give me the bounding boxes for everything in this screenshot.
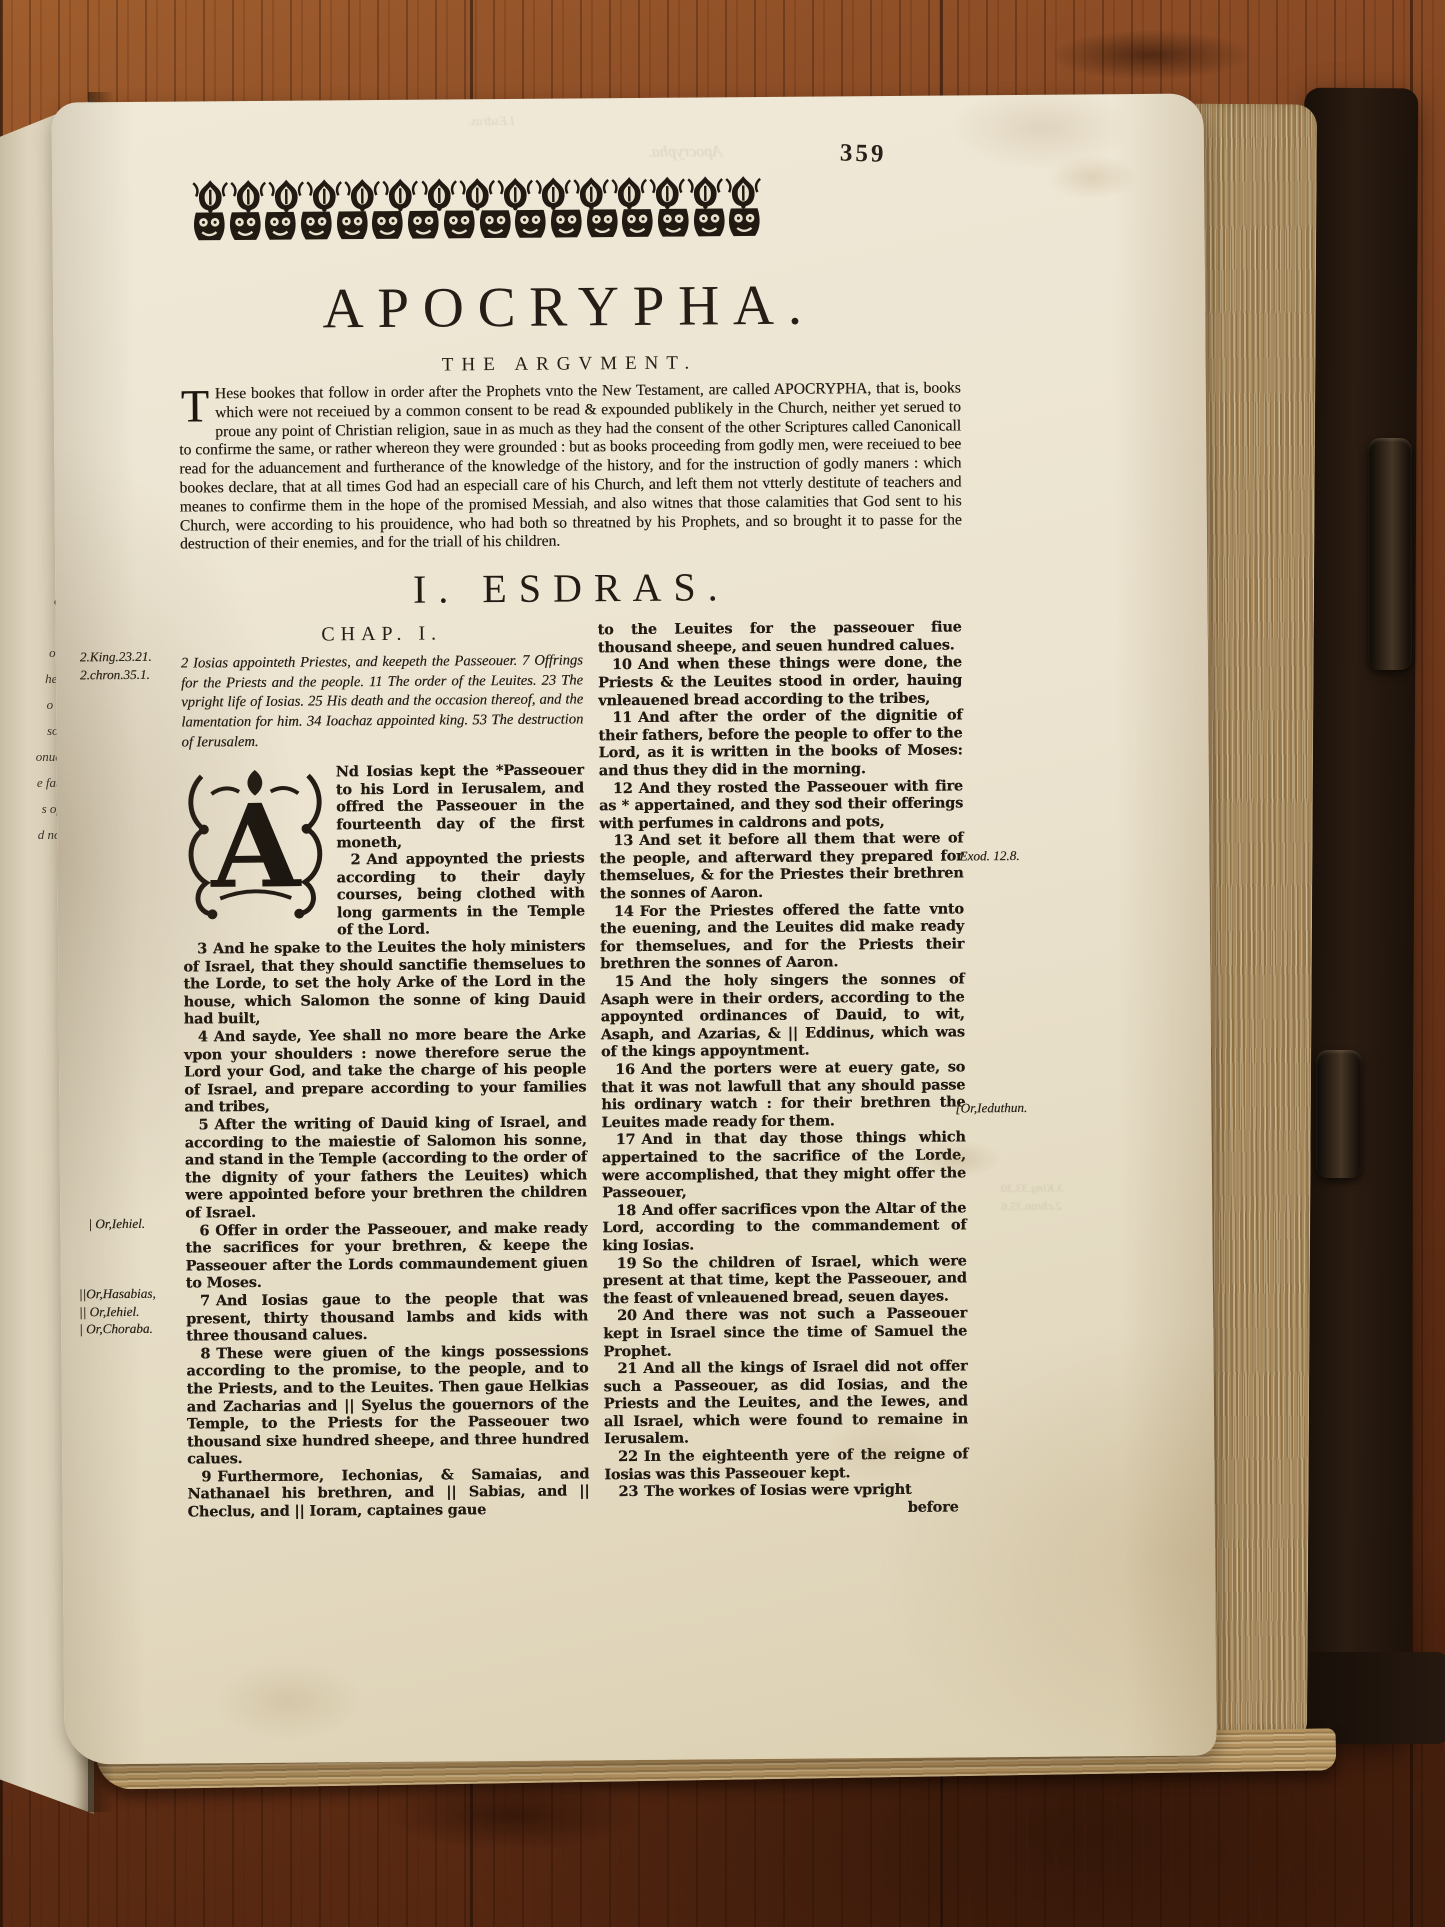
fleuron-ornament-icon — [191, 179, 229, 213]
verse-text: And sayde, Yee shall no more beare the A… — [184, 1025, 586, 1116]
verse: 16And the porters were at euery gate, so… — [601, 1058, 966, 1131]
argument-text: Hese bookes that follow in order after t… — [179, 379, 962, 553]
verse-number: 23 — [618, 1483, 644, 1500]
wood-grain-knot — [1050, 30, 1250, 80]
verse: 13And set it before all them that were o… — [599, 830, 964, 903]
fleuron-ornament-icon — [572, 176, 610, 210]
argument-paragraph: THese bookes that follow in order after … — [179, 379, 962, 554]
verse-number: 12 — [613, 779, 639, 796]
fleuron-ornament-icon — [263, 210, 299, 243]
verse: 15And the holy singers the sonnes of Asa… — [600, 970, 965, 1061]
fleuron-ornament-icon — [343, 178, 381, 212]
verse-text: And he spake to the Leuites the holy min… — [183, 937, 585, 1028]
margin-note-variant: | Or,Iehiel. — [88, 1215, 188, 1233]
fleuron-ornament-icon — [298, 209, 334, 242]
fleuron-ornament-icon — [405, 208, 441, 241]
text-block: APOCRYPHA. THE ARGVMENT. THese bookes th… — [177, 173, 970, 1522]
verse-text: And there was not such a Passeouer kept … — [603, 1305, 967, 1360]
verse-number: 16 — [615, 1061, 641, 1078]
svg-text:A: A — [209, 779, 302, 914]
verse-text: And set it before all them that were of … — [599, 830, 963, 903]
right-column: to the Leuites for the passeouer fiue th… — [598, 619, 969, 1519]
verse-text: Furthermore, Iechonias, & Samaias, and N… — [187, 1465, 589, 1520]
catchword: before — [604, 1498, 968, 1518]
bleed-through-text: 2.chron.35.6. — [998, 1199, 1062, 1214]
ornate-drop-cap-A: A — [182, 766, 329, 923]
main-page: Apocrypha. I.Esdras. 3.King.33.30. 2.chr… — [51, 94, 1216, 1765]
margin-note-variant: [Or,Ieduthun. — [955, 1099, 1071, 1117]
margin-note-variants: ||Or,Hasabias,|| Or,Iehiel.| Or,Choraba. — [79, 1284, 191, 1337]
verse-text: And Iosias gaue to the people that was p… — [186, 1289, 588, 1344]
fleuron-ornament-icon — [610, 176, 648, 210]
verse: 18And offer sacrifices vpon the Altar of… — [602, 1199, 966, 1255]
fleuron-ornament-icon — [648, 176, 686, 210]
printers-ornament-band — [191, 175, 763, 243]
verse-text: And when these things were done, the Pri… — [598, 654, 962, 709]
verse-number: 6 — [199, 1222, 215, 1239]
verse-text: And the holy singers the sonnes of Asaph… — [600, 970, 964, 1060]
fleuron-ornament-icon — [477, 208, 513, 241]
verse-number: 13 — [613, 832, 639, 849]
fleuron-ornament-icon — [727, 206, 763, 239]
verse-number: 21 — [617, 1360, 643, 1377]
verse: 8These were giuen of the kings possessio… — [186, 1342, 589, 1468]
fleuron-ornament-icon — [686, 175, 724, 209]
verse-number: 15 — [614, 973, 640, 990]
fleuron-ornament-icon — [534, 176, 572, 210]
verse-text: And the porters were at euery gate, so t… — [601, 1058, 965, 1131]
page-title: APOCRYPHA. — [178, 271, 960, 342]
verse-text: In the eighteenth yere of the reigne of … — [604, 1445, 968, 1482]
verse-text: These were giuen of the kings possession… — [186, 1342, 589, 1468]
fleuron-ornament-icon — [584, 207, 620, 240]
fleuron-ornament-icon — [227, 210, 263, 243]
verse: 22In the eighteenth yere of the reigne o… — [604, 1445, 968, 1483]
verse: 11And after the order of the dignitie of… — [598, 707, 963, 780]
verse-number: 5 — [198, 1116, 214, 1133]
fleuron-ornament-icon — [620, 207, 656, 240]
fleuron-ornament-icon — [441, 208, 477, 241]
verse-number: 19 — [617, 1254, 643, 1271]
verse: 10And when these things were done, the P… — [598, 654, 962, 710]
right-verses: 10And when these things were done, the P… — [598, 654, 969, 1501]
verse: 19So the children of Israel, which were … — [603, 1252, 967, 1308]
verse-number: 4 — [198, 1028, 214, 1045]
verse-number: 20 — [617, 1307, 643, 1324]
verse: 12And they rosted the Passeouer with fir… — [599, 777, 963, 833]
fleuron-ornament-icon — [496, 177, 534, 211]
margin-note-line: ||Or,Hasabias, — [79, 1284, 191, 1302]
fleuron-ornament-icon — [229, 179, 267, 213]
fleuron-ornament-icon — [655, 207, 691, 240]
two-column-text: CHAP. I. 2 Iosias appointeth Priestes, a… — [181, 619, 970, 1522]
verse-number: 8 — [200, 1345, 216, 1362]
margin-note-cross-reference: Exod. 12.8. — [959, 847, 1069, 865]
verse-number: 7 — [200, 1292, 216, 1309]
photo-of-antique-bible: ftofs,14.orndof re-tlyo dothhewetho God,… — [0, 0, 1445, 1927]
page-number: 359 — [840, 140, 887, 169]
verse-number: 18 — [616, 1202, 642, 1219]
left-column-body: A Nd Iosias kept the *Passeouer to his L… — [182, 762, 590, 1522]
verse-9-continuation: to the Leuites for the passeouer fiue th… — [598, 619, 962, 657]
fleuron-ornament-icon — [724, 175, 762, 209]
verse-text: And after the order of the dignitie of t… — [598, 707, 962, 780]
fleuron-ornament-icon — [267, 179, 305, 213]
chapter-heading: CHAP. I. — [181, 622, 583, 648]
verse-number: 10 — [612, 656, 638, 673]
verse: 17And in that day those things which app… — [602, 1129, 967, 1202]
margin-note-line: 2.chron.35.1. — [80, 665, 184, 683]
verse-text: Offer in order the Passeouer, and make r… — [185, 1219, 587, 1292]
fleuron-ornament-icon — [513, 208, 549, 241]
margin-note-cross-reference: 2.King.23.21.2.chron.35.1. — [80, 648, 184, 684]
verse-text: So the children of Israel, which were pr… — [603, 1252, 967, 1307]
wood-grain-knot — [380, 1780, 640, 1850]
verse: 21And all the kings of Israel did not of… — [603, 1358, 968, 1449]
fleuron-ornament-icon — [370, 209, 406, 242]
verse-number: 11 — [612, 709, 638, 726]
metal-clasp — [1316, 1050, 1362, 1178]
margin-note-line: || Or,Iehiel. — [79, 1302, 191, 1320]
verse: 7And Iosias gaue to the people that was … — [186, 1289, 588, 1345]
verse: 9Furthermore, Iechonias, & Samaias, and … — [187, 1465, 589, 1521]
fleuron-ornament-icon — [334, 209, 370, 242]
verse-text: And appoynted the priests according to t… — [337, 849, 585, 938]
chapter-summary: 2 Iosias appointeth Priestes, and keepet… — [181, 652, 584, 753]
drop-cap-T: T — [179, 385, 215, 424]
book-heading: I. ESDRAS. — [180, 562, 962, 615]
verse-text: The workes of Iosias were vpright — [644, 1481, 911, 1500]
bleed-through-text: 3.King.33.30. — [998, 1181, 1063, 1197]
verse: 6Offer in order the Passeouer, and make … — [185, 1219, 588, 1293]
bleed-through-text: Apocrypha. — [648, 143, 722, 162]
metal-clasp — [1368, 438, 1412, 670]
verse-number: 17 — [616, 1131, 642, 1148]
margin-note-line: 2.King.23.21. — [80, 648, 184, 666]
verse-text: After the writing of Dauid king of Israe… — [185, 1113, 588, 1221]
margin-note-line: | Or,Choraba. — [79, 1319, 191, 1337]
verse-number: 2 — [350, 851, 366, 868]
verse-number: 3 — [197, 940, 213, 957]
left-verses: 2And appoynted the priests according to … — [182, 849, 589, 1521]
fleuron-ornament-icon — [691, 206, 727, 239]
ornament-row-bottom — [191, 209, 763, 243]
fleuron-ornament-icon — [458, 177, 496, 211]
verse-text: And in that day those things which apper… — [602, 1129, 966, 1202]
fleuron-ornament-icon — [548, 207, 584, 240]
fleuron-ornament-icon — [191, 210, 227, 243]
verse-text: And they rosted the Passeouer with fire … — [599, 777, 963, 832]
bleed-through-text: I.Esdras. — [468, 113, 515, 129]
foxing-stain — [214, 1660, 365, 1741]
verse-number: 9 — [201, 1468, 217, 1485]
fleuron-ornament-icon — [305, 178, 343, 212]
fleuron-ornament-icon — [382, 178, 420, 212]
verse-text: And offer sacrifices vpon the Altar of t… — [602, 1199, 966, 1254]
left-column: CHAP. I. 2 Iosias appointeth Priestes, a… — [181, 622, 590, 1522]
argument-heading: THE ARGVMENT. — [178, 350, 960, 378]
verse: 14For the Priestes offered the fatte vnt… — [600, 900, 965, 973]
foxing-stain — [1047, 154, 1137, 201]
verse-number: 14 — [614, 903, 640, 920]
fleuron-ornament-icon — [420, 177, 458, 211]
verse-text: For the Priestes offered the fatte vnto … — [600, 900, 964, 973]
verse: 4And sayde, Yee shall no more beare the … — [184, 1025, 587, 1116]
verse-text: And all the kings of Israel did not offe… — [604, 1358, 968, 1448]
verse: 20And there was not such a Passeouer kep… — [603, 1305, 967, 1361]
verse-number: 22 — [618, 1448, 644, 1465]
verse: 3And he spake to the Leuites the holy mi… — [183, 937, 586, 1028]
verse: 5After the writing of Dauid king of Isra… — [184, 1113, 587, 1222]
